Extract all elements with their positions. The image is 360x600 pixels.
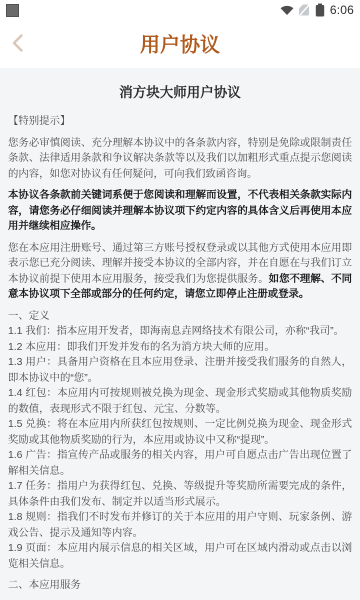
agreement-scroll-area[interactable]: 消方块大师用户协议 【特别提示】您务必审慎阅读、充分理解本协议中的各条款内容，特… bbox=[0, 68, 360, 600]
page-title: 用户协议 bbox=[0, 28, 360, 57]
agreement-paragraph: 一、定义 bbox=[8, 309, 352, 325]
battery-icon bbox=[315, 3, 325, 17]
wifi-icon bbox=[280, 4, 294, 16]
agreement-paragraph: 1.8 规则：指我们不时发布并修订的关于本应用的用户守则、玩家条例、游戏公告、提… bbox=[8, 510, 352, 541]
agreement-paragraph: 1.9 页面：本应用内展示信息的相关区域，用户可在区域内滑动或点击以浏览相关信息… bbox=[8, 541, 352, 572]
agreement-paragraph: 您在本应用注册账号、通过第三方账号授权登录或以其他方式使用本应用即表示您已充分阅… bbox=[8, 241, 352, 303]
agreement-paragraph: 1.6 广告：指宣传产品或服务的相关内容，用户可自愿点击广告出现位置了解相关信息… bbox=[8, 448, 352, 479]
agreement-paragraph: 1.1 我们：指本应用开发者，即海南息垚网络技术有限公司，亦称“我司”。 bbox=[8, 324, 352, 340]
status-bar: 6:06 bbox=[0, 0, 360, 20]
agreement-paragraph: 您务必审慎阅读、充分理解本协议中的各条款内容，特别是免除或限制责任条款、法律适用… bbox=[8, 136, 352, 183]
document-title: 消方块大师用户协议 bbox=[8, 81, 352, 101]
agreement-paragraph: 1.5 兑换：将在本应用内所获红包按规则、一定比例兑换为现金、现金形式奖励或其他… bbox=[8, 417, 352, 448]
agreement-paragraph: 【特别提示】 bbox=[8, 114, 352, 130]
notification-square-icon bbox=[6, 4, 19, 17]
agreement-body: 【特别提示】您务必审慎阅读、充分理解本协议中的各条款内容，特别是免除或限制责任条… bbox=[8, 114, 352, 594]
agreement-paragraph: 1.4 红包：本应用内可按规则被兑换为现金、现金形式奖励或其他物质奖励的数值，表… bbox=[8, 386, 352, 417]
agreement-paragraph: 本协议各条款前关键词系便于您阅读和理解而设置，不代表相关条款实际内容，请您务必仔… bbox=[8, 188, 352, 235]
agreement-paragraph: 1.7 任务：指用户为获得红包、兑换、等级提升等奖励所需要完成的条件，具体条件由… bbox=[8, 479, 352, 510]
agreement-paragraph: 1.2 本应用：即我们开发并发布的名为消方块大师的应用。 bbox=[8, 340, 352, 356]
agreement-paragraph: 二、本应用服务 bbox=[8, 578, 352, 594]
no-sim-icon bbox=[299, 4, 310, 16]
page-header: 用户协议 bbox=[0, 20, 360, 68]
agreement-paragraph: 1.3 用户：具备用户资格在且本应用登录、注册并接受我们服务的自然人，即本协议中… bbox=[8, 355, 352, 386]
status-time: 6:06 bbox=[330, 3, 354, 17]
